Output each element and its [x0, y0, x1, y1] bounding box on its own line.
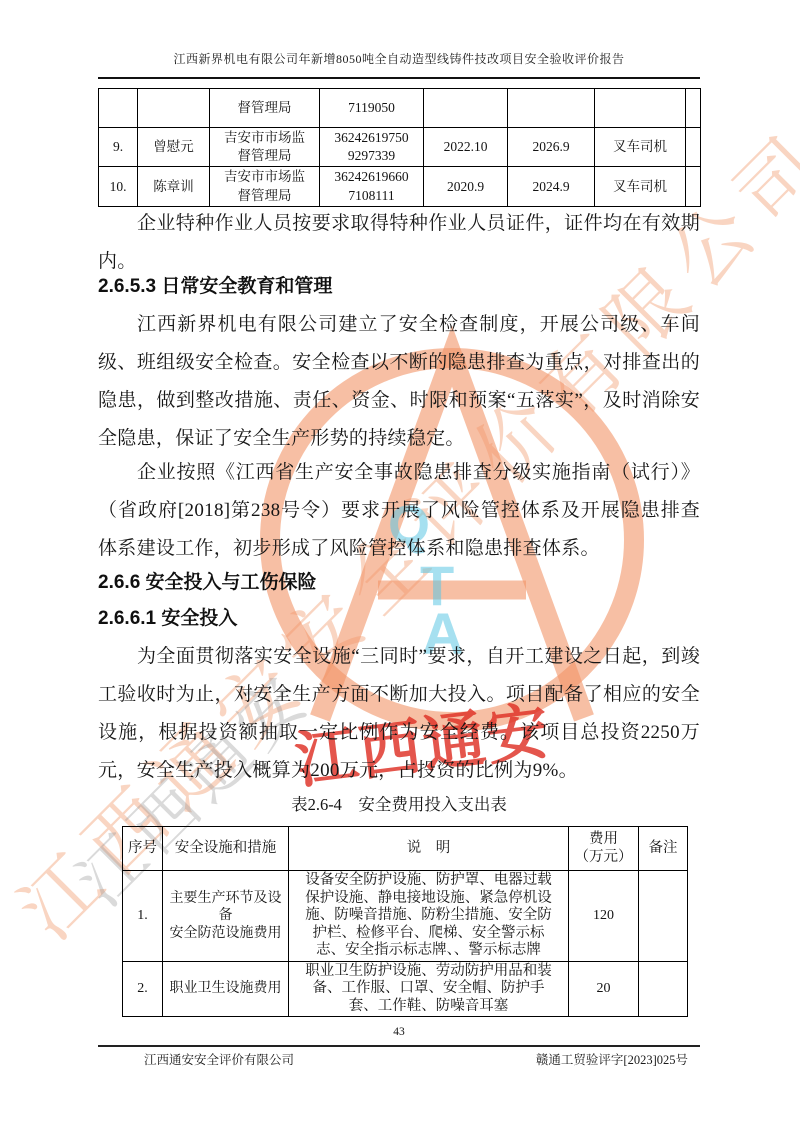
cell-extra [686, 128, 701, 167]
document-page: 江西通安安全评价有限公司 江西通安 Q T A 江西通安 江西新界机电有限公司年… [0, 0, 800, 1131]
table-row-partial: 督管理局 7119050 [99, 89, 701, 128]
cell-no: 9. [99, 128, 138, 167]
header-rule [98, 77, 700, 79]
special-workers-table: 督管理局 7119050 9. 曾慰元 吉安市市场监 督管理局 36242619… [98, 88, 701, 207]
header-item: 安全设施和措施 [163, 827, 289, 871]
table-row-9: 9. 曾慰元 吉安市市场监 督管理局 36242619750 9297339 2… [99, 128, 701, 167]
cell-desc: 职业卫生防护设施、劳动防护用品和装备、工作服、口罩、安全帽、防护手套、工作鞋、防… [289, 961, 569, 1017]
paragraph-safety-inspection: 江西新界机电有限公司建立了安全检查制度，开展公司级、车间级、班组级安全检查。安全… [98, 306, 700, 458]
paragraph-risk-control: 企业按照《江西省生产安全事故隐患排查分级实施指南（试行）》（省政府[2018]第… [98, 454, 700, 568]
cell-name: 曾慰元 [138, 128, 210, 167]
cell-end [508, 89, 595, 128]
cell-extra [686, 167, 701, 206]
footer: 江西通安安全评价有限公司 赣通工贸验评字[2023]025号 [98, 1050, 700, 1068]
cell-name [138, 89, 210, 128]
header-no: 序号 [123, 827, 163, 871]
cell-agency: 吉安市市场监 督管理局 [210, 128, 320, 167]
cell-job: 叉车司机 [595, 167, 686, 206]
cell-no: 10. [99, 167, 138, 206]
paragraph-certificates: 企业特种作业人员按要求取得特种作业人员证件，证件均在有效期内。 [98, 205, 700, 281]
cell-start: 2020.9 [424, 167, 508, 206]
heading-2-6-5-3: 2.6.5.3 日常安全教育和管理 [98, 272, 700, 302]
header-desc: 说 明 [289, 827, 569, 871]
cell-start: 2022.10 [424, 128, 508, 167]
heading-2-6-6: 2.6.6 安全投入与工伤保险 [98, 568, 700, 598]
cell-end: 2024.9 [508, 167, 595, 206]
cost-table-caption: 表2.6-4 安全费用投入支出表 [98, 793, 700, 817]
cell-agency: 督管理局 [210, 89, 320, 128]
cell-desc: 设备安全防护设施、防护罩、电器过载保护设施、静电接地设施、紧急停机设施、防噪音措… [289, 871, 569, 962]
footer-company: 江西通安安全评价有限公司 [144, 1050, 294, 1068]
cell-job: 叉车司机 [595, 128, 686, 167]
cell-end: 2026.9 [508, 128, 595, 167]
heading-2-6-6-1: 2.6.6.1 安全投入 [98, 604, 700, 634]
footer-rule [98, 1045, 700, 1047]
cell-note [639, 871, 688, 962]
safety-cost-table: 序号 安全设施和措施 说 明 费用 （万元） 备注 1. 主要生产环节及设备 安… [122, 826, 688, 1017]
page-header-title: 江西新界机电有限公司年新增8050吨全自动造型线铸件技改项目安全验收评价报告 [98, 50, 700, 67]
cell-name: 陈章训 [138, 167, 210, 206]
cell-cert: 36242619750 9297339 [320, 128, 424, 167]
table-row-10: 10. 陈章训 吉安市市场监 督管理局 36242619660 7108111 … [99, 167, 701, 206]
paragraph-safety-investment: 为全面贯彻落实安全设施“三同时”要求，自开工建设之日起，到竣工验收时为止，对安全… [98, 638, 700, 790]
footer-report-number: 赣通工贸验评字[2023]025号 [536, 1050, 688, 1068]
cell-agency: 吉安市市场监 督管理局 [210, 167, 320, 206]
cell-no: 1. [123, 871, 163, 962]
cell-cert: 36242619660 7108111 [320, 167, 424, 206]
cell-cost: 20 [569, 961, 639, 1017]
cell-item: 主要生产环节及设备 安全防范设施费用 [163, 871, 289, 962]
header-cost: 费用 （万元） [569, 827, 639, 871]
cell-no [99, 89, 138, 128]
cell-cost: 120 [569, 871, 639, 962]
cell-start [424, 89, 508, 128]
cell-cert: 7119050 [320, 89, 424, 128]
page-number: 43 [98, 1026, 700, 1038]
cell-note [639, 961, 688, 1017]
table-header-row: 序号 安全设施和措施 说 明 费用 （万元） 备注 [123, 827, 688, 871]
cell-no: 2. [123, 961, 163, 1017]
cell-extra [686, 89, 701, 128]
cell-job [595, 89, 686, 128]
table-row-1: 1. 主要生产环节及设备 安全防范设施费用 设备安全防护设施、防护罩、电器过载保… [123, 871, 688, 962]
header-note: 备注 [639, 827, 688, 871]
table-row-2: 2. 职业卫生设施费用 职业卫生防护设施、劳动防护用品和装备、工作服、口罩、安全… [123, 961, 688, 1017]
cell-item: 职业卫生设施费用 [163, 961, 289, 1017]
